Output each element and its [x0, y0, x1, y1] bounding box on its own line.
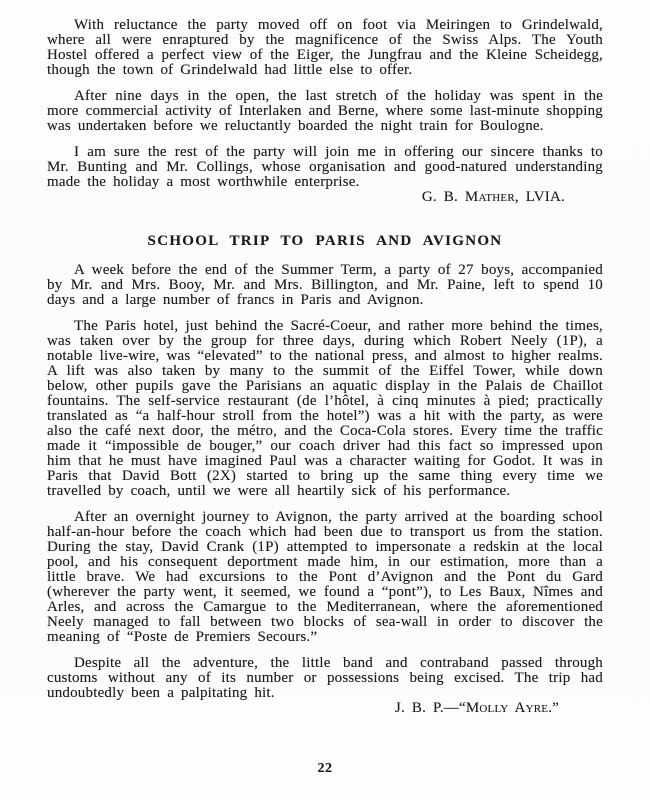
article-heading: SCHOOL TRIP TO PARIS AND AVIGNON — [47, 231, 603, 251]
signature-suffix: .” — [548, 700, 559, 716]
paragraph-paris-4: Despite all the adventure, the little ba… — [47, 656, 603, 701]
paragraph-swiss-3: I am sure the rest of the party will joi… — [47, 145, 603, 190]
signature-pen-name: Molly Ayre — [466, 700, 548, 716]
paragraph-paris-2: The Paris hotel, just behind the Sacré-C… — [47, 319, 603, 499]
signature-surname: Mather — [465, 189, 515, 205]
signature-form-class: , LVIA. — [515, 189, 565, 205]
author-signature-mather: G. B. Mather, LVIA. — [47, 190, 603, 205]
signature-initials: G. B. — [422, 189, 465, 205]
page-number: 22 — [0, 761, 650, 777]
author-signature-molly-ayre: J. B. P.—“Molly Ayre.” — [47, 701, 603, 716]
page-content: With reluctance the party moved off on f… — [47, 18, 603, 716]
paragraph-paris-3: After an overnight journey to Avignon, t… — [47, 510, 603, 645]
scanned-page: With reluctance the party moved off on f… — [0, 0, 650, 800]
signature-initials: J. B. P.—“ — [395, 700, 466, 716]
paragraph-swiss-1: With reluctance the party moved off on f… — [47, 18, 603, 78]
paragraph-paris-1: A week before the end of the Summer Term… — [47, 263, 603, 308]
paragraph-swiss-2: After nine days in the open, the last st… — [47, 89, 603, 134]
